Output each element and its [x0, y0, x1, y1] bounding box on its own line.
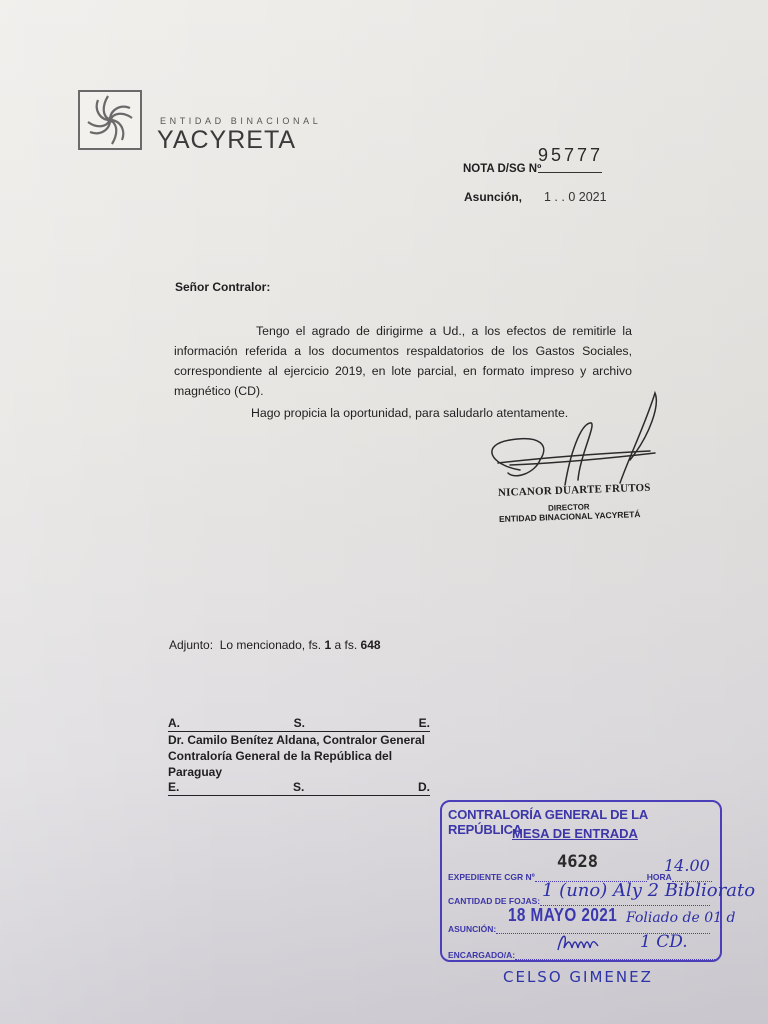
reception-stamp: CONTRALORÍA GENERAL DE LA REPÚBLICA MESA…	[440, 800, 722, 962]
handwritten-receiver-name: CELSO GIMENEZ	[503, 968, 653, 986]
encargado-label: ENCARGADO/A:	[448, 950, 515, 960]
note-date: 1 . . 0 2021	[544, 190, 607, 204]
attachment-line: Adjunto: Lo mencionado, fs. 1 a fs. 648	[169, 638, 381, 652]
asuncion-label: ASUNCIÓN:	[448, 924, 496, 934]
stamp-subtitle: MESA DE ENTRADA	[512, 826, 638, 841]
note-number: 95777	[538, 145, 603, 166]
recipient-block: A. S. E. Dr. Camilo Benítez Aldana, Cont…	[168, 716, 430, 796]
encargado-signature-icon	[554, 930, 604, 954]
ase-s: S.	[294, 716, 305, 731]
encargado-value: 1 CD.	[640, 932, 688, 952]
fojas-value: 1 (uno) Aly 2 Bibliorato	[542, 880, 755, 901]
org-prefix: ENTIDAD BINACIONAL	[160, 116, 321, 126]
place-label: Asunción,	[464, 190, 522, 204]
asuncion-note: Foliado de 01 d	[626, 910, 735, 926]
ase-a: A.	[168, 716, 180, 731]
attachment-text: Lo mencionado, fs.	[220, 638, 321, 652]
esd-s: S.	[293, 780, 304, 795]
esd-d: D.	[418, 780, 430, 795]
attachment-to: 648	[361, 638, 381, 652]
reception-date: 18 MAYO 2021	[508, 905, 617, 926]
note-number-underline	[538, 172, 602, 173]
attachment-connector: a fs.	[335, 638, 358, 652]
hora-value: 14.00	[664, 856, 710, 875]
recipient-top-row: A. S. E.	[168, 716, 430, 732]
salutation: Señor Contralor:	[175, 280, 270, 294]
note-number-label: NOTA D/SG Nº	[463, 163, 541, 175]
recipient-bottom-row: E. S. D.	[168, 780, 430, 796]
signature-icon	[480, 385, 690, 500]
attachment-label: Adjunto:	[169, 638, 213, 652]
expediente-number: 4628	[557, 852, 598, 872]
org-name: YACYRETA	[157, 126, 296, 155]
yacyreta-logo-icon	[78, 90, 142, 150]
esd-e: E.	[168, 780, 179, 795]
ase-e: E.	[419, 716, 430, 731]
attachment-from: 1	[324, 638, 331, 652]
expediente-label: EXPEDIENTE CGR Nº	[448, 872, 535, 882]
recipient-organization: Contraloría General de la República del …	[168, 748, 430, 780]
recipient-name: Dr. Camilo Benítez Aldana, Contralor Gen…	[168, 732, 430, 748]
